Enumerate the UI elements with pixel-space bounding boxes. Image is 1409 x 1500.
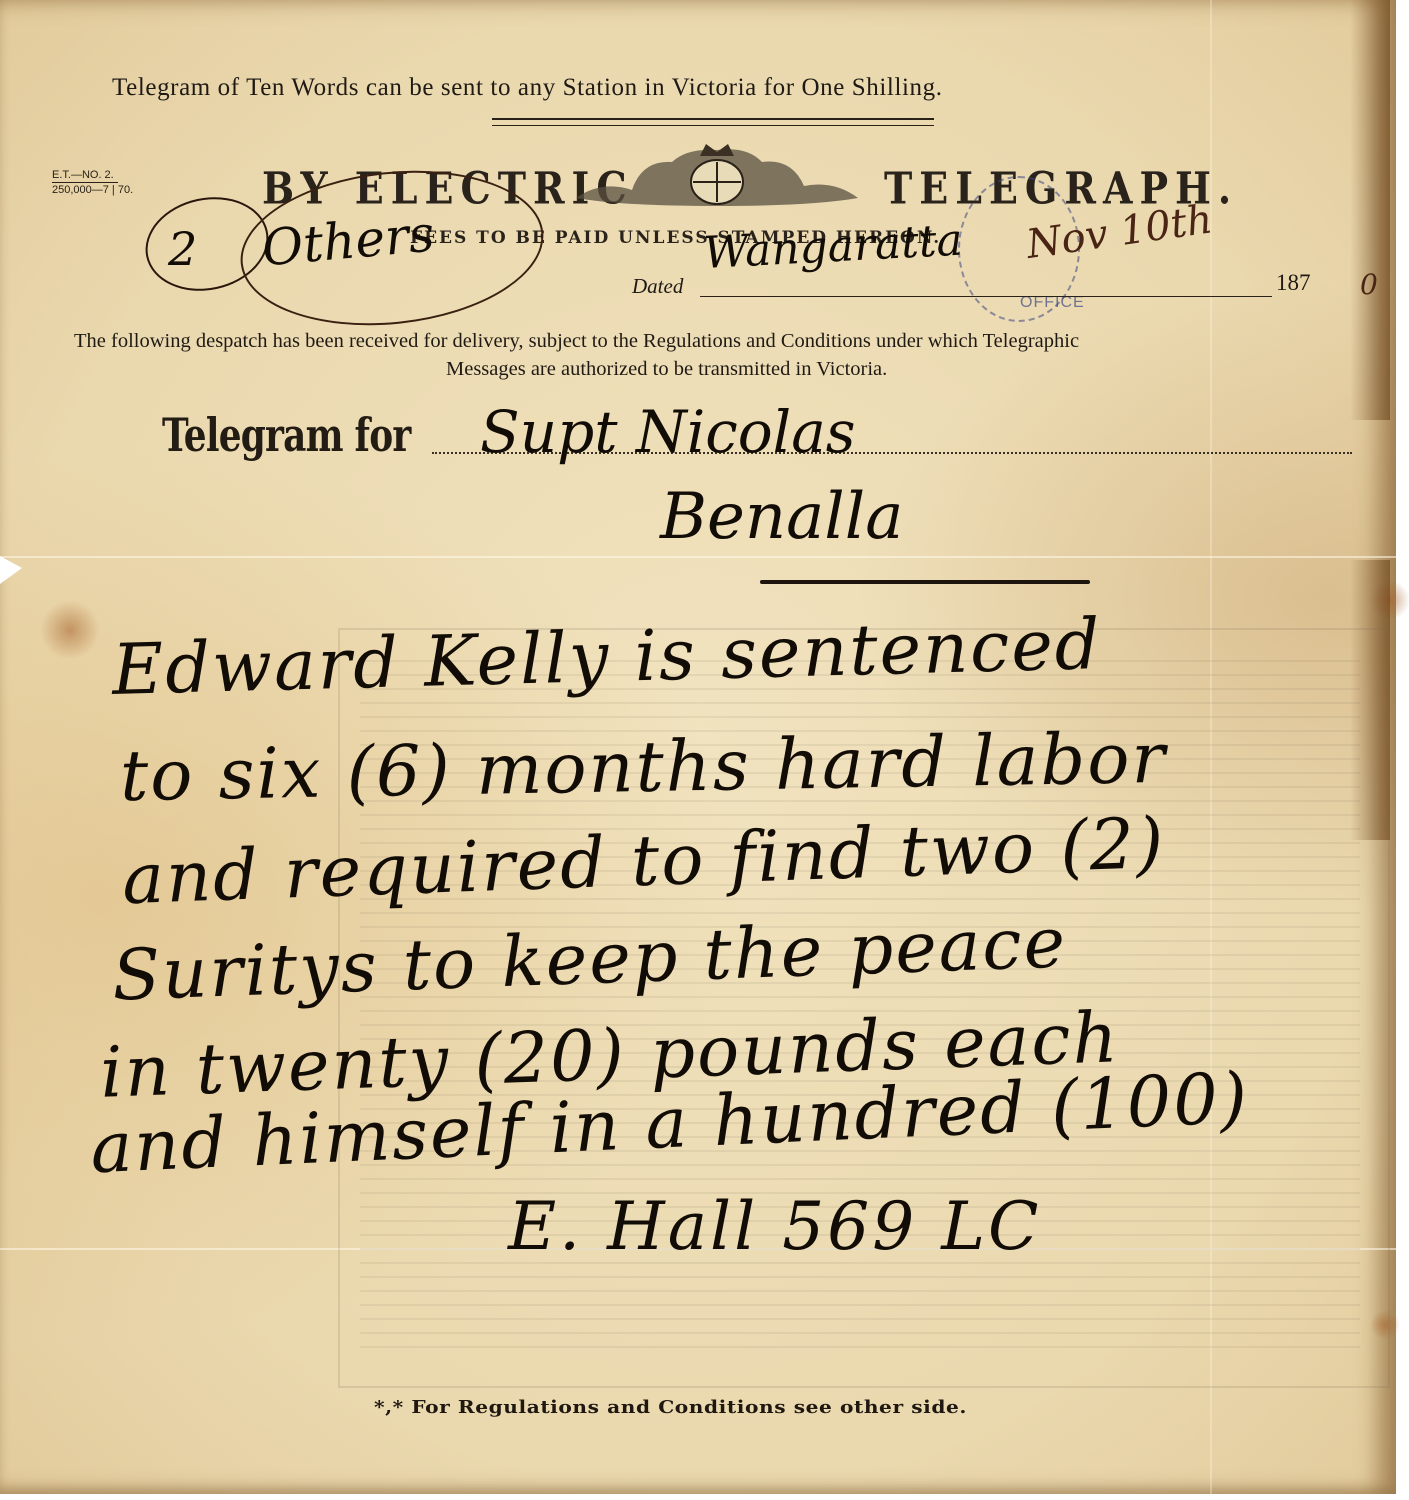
recipient: Supt Nicolas — [480, 398, 856, 466]
dated-year-suffix: 0 — [1360, 268, 1378, 301]
form-number: E.T.—NO. 2. 250,000—7 | 70. — [52, 168, 133, 197]
edge-stain — [1350, 0, 1390, 420]
telegram-paper: Telegram of Ten Words can be sent to any… — [0, 0, 1396, 1494]
notice-line-1: The following despatch has been received… — [74, 330, 1079, 353]
word-count: 2 — [168, 222, 197, 276]
footer-note: *,* For Regulations and Conditions see o… — [374, 1397, 967, 1418]
header-tagline: Telegram of Ten Words can be sent to any… — [112, 74, 943, 102]
signature: E. Hall 569 LC — [508, 1188, 1042, 1265]
foxing-stain — [40, 600, 100, 660]
form-number-label: E.T.—NO. 2. — [52, 168, 118, 183]
paper-tear — [0, 556, 22, 584]
recipient-location: Benalla — [660, 480, 903, 554]
header-double-rule — [492, 118, 934, 126]
dated-place: Wangaratta — [702, 215, 964, 279]
dated-line — [700, 296, 1272, 297]
royal-coat-of-arms-icon — [572, 140, 862, 212]
telegram-for-label: Telegram for — [162, 408, 410, 462]
dated-label: Dated — [632, 274, 683, 299]
address-underline — [760, 580, 1090, 584]
print-run: 250,000—7 | 70. — [52, 184, 133, 196]
notice-line-2: Messages are authorized to be transmitte… — [446, 358, 887, 381]
dated-year: 187 — [1276, 270, 1311, 296]
fold-crease — [0, 556, 1396, 558]
